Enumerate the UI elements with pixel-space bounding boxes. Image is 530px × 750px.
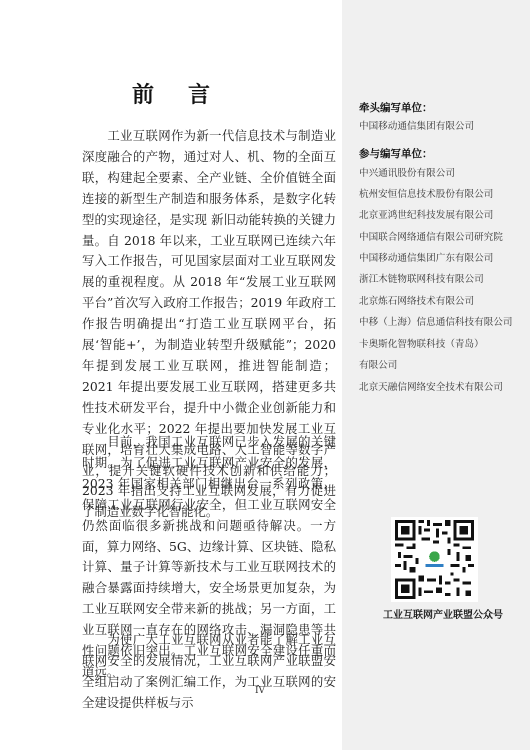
qr-code-icon	[391, 517, 478, 602]
participant-org: 北京炼石网络技术有限公司	[359, 293, 474, 307]
participant-org: 杭州安恒信息技术股份有限公司	[359, 186, 493, 200]
lead-org: 中国移动通信集团有限公司	[359, 118, 474, 132]
participants-heading: 参与编写单位：	[359, 146, 433, 161]
participant-org: 浙江木链物联网科技有限公司	[359, 271, 484, 285]
lead-heading: 牵头编写单位：	[359, 100, 433, 115]
participant-org: 中兴通讯股份有限公司	[359, 165, 455, 179]
preface-paragraph-3: 为使广大工业互联网从业者能了解工业互联网安全的发展情况，工业互联网产业联盟安全组…	[82, 630, 336, 714]
contributors-sidebar: 牵头编写单位： 中国移动通信集团有限公司 参与编写单位： 中兴通讯股份有限公司 …	[342, 0, 530, 750]
document-page: 前言 工业互联网作为新一代信息技术与制造业深度融合的产物，通过对人、机、物的全面…	[0, 0, 342, 750]
participant-org: 卡奥斯化智物联科技（青岛）	[359, 336, 484, 350]
qr-caption: 工业互联网产业联盟公众号	[359, 606, 527, 621]
participant-org: 有限公司	[359, 357, 397, 371]
participant-org: 中移（上海）信息通信科技有限公司	[359, 314, 513, 328]
page-number: IV	[255, 686, 265, 696]
participant-org: 中国移动通信集团广东有限公司	[359, 250, 493, 264]
participant-org: 中国联合网络通信有限公司研究院	[359, 229, 503, 243]
page-title: 前言	[0, 78, 342, 109]
participant-org: 北京天融信网络安全技术有限公司	[359, 379, 503, 393]
paragraph-text: 为使广大工业互联网从业者能了解工业互联网安全的发展情况，工业互联网产业联盟安全组…	[82, 632, 336, 710]
qr-code[interactable]	[391, 517, 478, 602]
participant-org: 北京亚鸿世纪科技发展有限公司	[359, 207, 493, 221]
